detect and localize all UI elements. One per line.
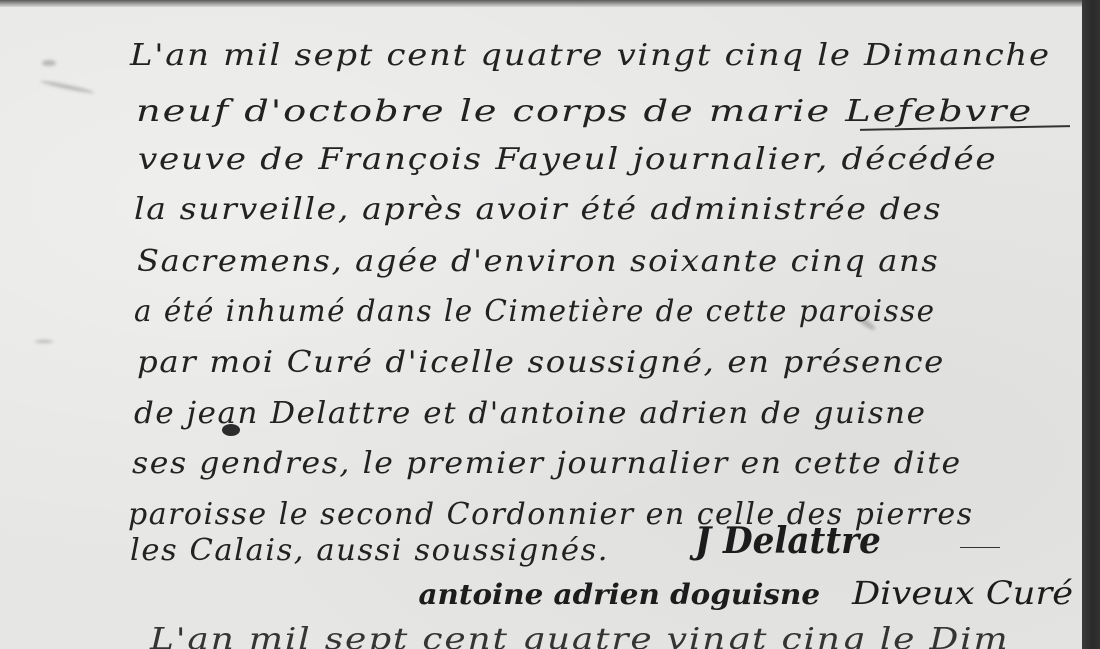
text-line-2: neuf d'octobre le corps de marie Lefebvr…: [136, 94, 1033, 129]
scanned-document: L'an mil sept cent quatre vingt cinq le …: [0, 0, 1100, 649]
text-line-9: ses gendres, le premier journalier en ce…: [132, 446, 962, 481]
next-entry-fragment: L'an mil sept cent quatre vingt cinq le …: [150, 622, 1009, 649]
smudge-mark: [35, 340, 53, 343]
text-line-5: Sacremens, agée d'environ soixante cinq …: [137, 244, 939, 279]
text-line-7: par moi Curé d'icelle soussigné, en prés…: [137, 345, 945, 380]
signature-delattre: J Delattre: [695, 520, 881, 562]
text-line-4: la surveille, après avoir été administré…: [134, 192, 942, 227]
text-line-3: veuve de François Fayeul journalier, déc…: [138, 142, 997, 177]
signature-doguisne: antoine adrien doguisne: [418, 578, 820, 611]
text-line-1: L'an mil sept cent quatre vingt cinq le …: [130, 38, 1051, 73]
signature-flourish: [960, 547, 1000, 548]
smudge-mark: [42, 60, 56, 66]
text-line-8: de jean Delattre et d'antoine adrien de …: [134, 396, 926, 431]
text-line-6: a été inhumé dans le Cimetière de cette …: [134, 294, 936, 329]
page-top-edge: [0, 0, 1082, 7]
signature-cure: Diveux Curé: [852, 574, 1073, 612]
binding-edge: [1082, 0, 1100, 649]
text-line-11: les Calais, aussi soussignés.: [130, 533, 609, 568]
